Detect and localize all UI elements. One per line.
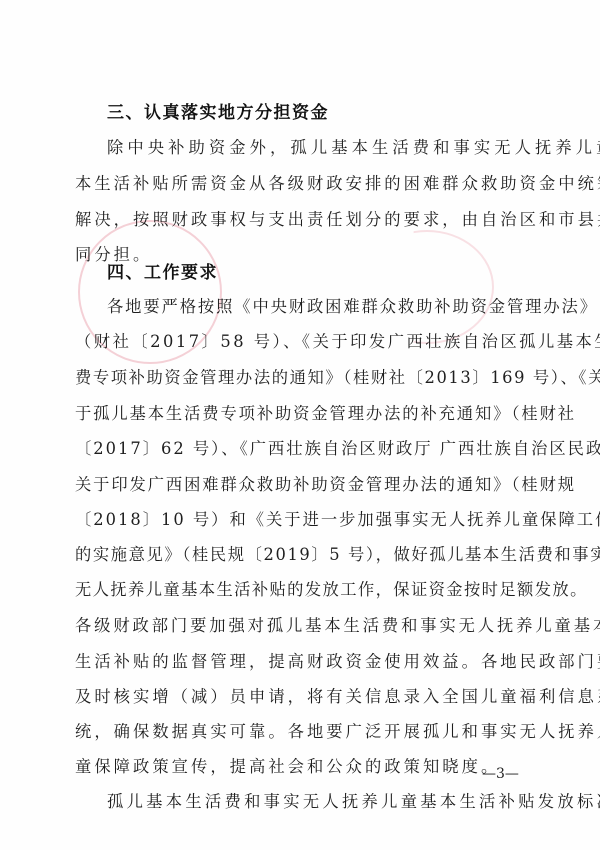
section-heading-3: 三、认真落实地方分担资金: [107, 101, 329, 125]
paragraph-line: 本生活补贴所需资金从各级财政安排的困难群众救助资金中统筹: [75, 172, 600, 196]
paragraph-line: 统，确保数据真实可靠。各地要广泛开展孤儿和事实无人抚养儿: [75, 720, 600, 744]
paragraph-line: 的实施意见》（桂民规〔2019〕5 号），做好孤儿基本生活费和事实: [75, 543, 600, 567]
section-heading-4: 四、工作要求: [107, 261, 218, 285]
paragraph-line: 童保障政策宣传，提高社会和公众的政策知晓度。: [75, 755, 500, 779]
paragraph-line: 〔2018〕10 号）和《关于进一步加强事实无人抚养儿童保障工作: [75, 508, 600, 532]
paragraph-line: 各地要严格按照《中央财政困难群众救助补助资金管理办法》: [107, 295, 598, 319]
paragraph-line: 生活补贴的监督管理，提高财政资金使用效益。各地民政部门要: [75, 650, 600, 674]
paragraph-line: 除中央补助资金外，孤儿基本生活费和事实无人抚养儿童基: [107, 136, 600, 160]
official-seal-stamp-partial: [360, 230, 494, 344]
paragraph-line: 无人抚养儿童基本生活补贴的发放工作，保证资金按时足额发放。: [75, 578, 588, 602]
paragraph-line: 于孤儿基本生活费专项补助资金管理办法的补充通知》（桂财社: [75, 402, 576, 426]
paragraph-line: 各级财政部门要加强对孤儿基本生活费和事实无人抚养儿童基本: [75, 614, 600, 638]
paragraph-line: 〔2017〕62 号）、《广西壮族自治区财政厅 广西壮族自治区民政厅: [75, 437, 600, 461]
paragraph-line: 及时核实增（减）员申请，将有关信息录入全国儿童福利信息系: [75, 685, 600, 709]
paragraph-line: 关于印发广西困难群众救助补助资金管理办法的通知》（桂财规: [75, 473, 576, 497]
page-number: —3—: [482, 766, 519, 782]
paragraph-line: 费专项补助资金管理办法的通知》（桂财社〔2013〕169 号）、《关: [75, 366, 600, 390]
paragraph-line: （财社〔2017〕58 号）、《关于印发广西壮族自治区孤儿基本生活: [75, 330, 600, 354]
paragraph-line: 解决，按照财政事权与支出责任划分的要求，由自治区和市县共: [75, 208, 600, 232]
document-page: 三、认真落实地方分担资金 除中央补助资金外，孤儿基本生活费和事实无人抚养儿童基 …: [0, 0, 600, 850]
paragraph-line: 孤儿基本生活费和事实无人抚养儿童基本生活补贴发放标准: [107, 790, 600, 814]
